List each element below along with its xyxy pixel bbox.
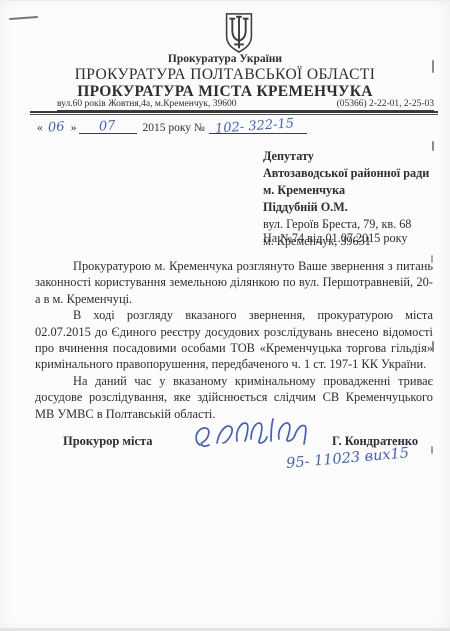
org-pretitle: Прокуратура України	[0, 53, 450, 65]
letterhead-rule	[30, 111, 438, 113]
recipient-line: Депутату	[263, 148, 429, 165]
handwritten-month: 07	[99, 119, 116, 133]
paragraph: В ході розгляду вказаного звернення, про…	[35, 307, 433, 373]
scan-edge	[0, 0, 450, 1]
pen-dash-artifact	[9, 16, 38, 20]
open-quote: «	[35, 122, 45, 134]
recipient-name: Піддубній О.М.	[263, 199, 429, 216]
close-quote: »	[69, 122, 79, 134]
date-number-line: « 06 » 07 2015 року № 102- 322-15	[35, 116, 307, 134]
org-address: вул.60 років Жовтня,4а, м.Кременчук, 396…	[57, 99, 236, 109]
paragraph: Прокуратурою м. Кременчука розглянуто Ва…	[35, 258, 433, 307]
handwritten-day: 06	[48, 120, 65, 134]
trident-emblem-icon	[222, 12, 256, 54]
letter-body: Прокуратурою м. Кременчука розглянуто Ва…	[35, 258, 433, 422]
reference-line: На №74 від 01.07.2015 року	[263, 231, 407, 246]
letterhead-rule-thin	[30, 114, 438, 115]
year-number-label: 2015 року №	[143, 122, 205, 134]
handwritten-doc-number: 102- 322-15	[215, 117, 295, 135]
org-phones: (05366) 2-22-01, 2-25-03	[337, 99, 434, 109]
scan-artifact	[432, 141, 434, 151]
signer-title: Прокурор міста	[63, 434, 153, 449]
recipient-line: Автозаводської районної ради	[263, 165, 429, 182]
org-title-region: ПРОКУРАТУРА ПОЛТАВСЬКОЇ ОБЛАСТІ	[0, 66, 450, 84]
recipient-line: м. Кременчука	[263, 182, 429, 199]
scanned-letter-page: Прокуратура України ПРОКУРАТУРА ПОЛТАВСЬ…	[0, 0, 450, 631]
letterhead-contact-row: вул.60 років Жовтня,4а, м.Кременчук, 396…	[57, 97, 434, 111]
